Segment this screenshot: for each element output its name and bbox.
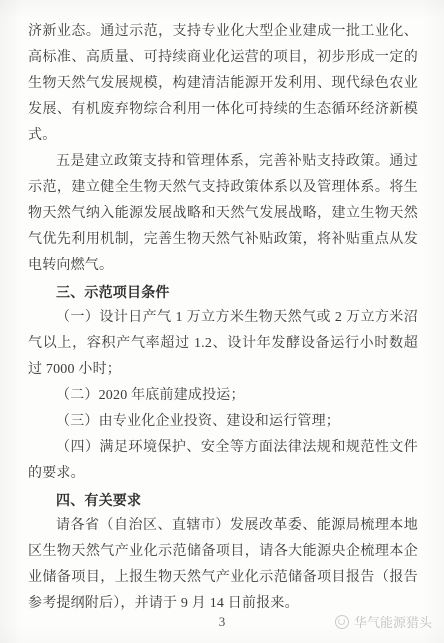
section-heading-requirements: 四、有关要求 (28, 487, 418, 513)
watermark-label: 华气能源猎头 (354, 612, 432, 631)
condition-item-4: （四）满足环境保护、安全等方面法律法规和规范性文件的要求。 (28, 435, 418, 487)
paragraph-continuation: 济新业态。通过示范，支持专业化大型企业建成一批工业化、高标准、高质量、可持续商业… (28, 19, 418, 149)
paragraph-reporting-requirement: 请各省（自治区、直辖市）发展改革委、能源局梳理本地区生物天然气产业化示范储备项目… (28, 513, 418, 617)
watermark-logo-icon (335, 615, 349, 629)
document-body: 济新业态。通过示范，支持专业化大型企业建成一批工业化、高标准、高质量、可持续商业… (28, 19, 418, 617)
condition-item-3: （三）由专业化企业投资、建设和运行管理； (28, 409, 418, 435)
watermark: 华气能源猎头 (335, 612, 432, 631)
condition-item-2: （二）2020 年底前建成投运； (28, 383, 418, 409)
document-page: 济新业态。通过示范，支持专业化大型企业建成一批工业化、高标准、高质量、可持续商业… (0, 0, 444, 643)
paragraph-policy-support: 五是建立政策支持和管理体系，完善补贴支持政策。通过示范，建立健全生物天然气支持政… (28, 149, 418, 279)
section-heading-demo-project-conditions: 三、示范项目条件 (28, 279, 418, 305)
condition-item-1: （一）设计日产气 1 万立方米生物天然气或 2 万立方米沼气以上，容积产气率超过… (28, 305, 418, 383)
